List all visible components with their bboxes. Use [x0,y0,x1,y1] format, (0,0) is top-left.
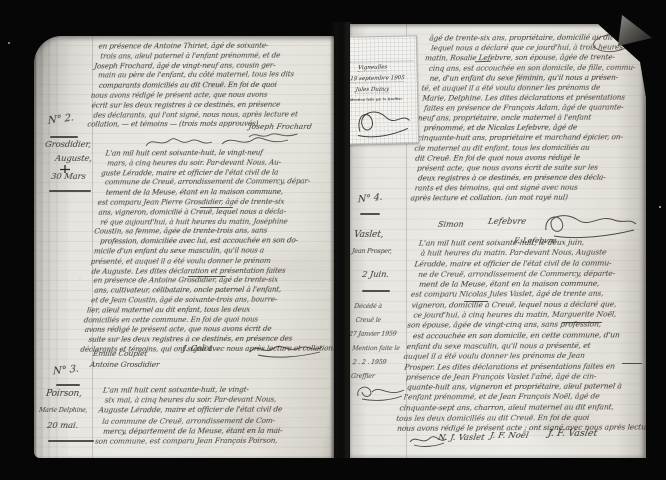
margin-firstname-jean-prosper: Jean Prosper, [352,248,393,255]
mention-line: Creuë le [355,314,412,328]
handwritten-line: cinquante-sept ans, charron, aïeul mater… [399,402,640,414]
ink-underline [50,136,78,138]
margin-date-2-juin: 2 Juin. [361,270,389,280]
handwritten-line: Prosper. Les dites déclarations et prése… [404,361,645,373]
signature-simon: Simon [437,220,464,229]
slip-clerk-name: Jules Dupuy [355,86,389,94]
margin-date-20-mai: 20 mai. [46,421,78,431]
handwritten-line: quante-huit ans, vigneron et propriétair… [406,382,642,394]
handwritten-line: après lecture et collation. (un mot rayé… [410,192,639,203]
dust-speck [8,42,10,44]
handwritten-line: commune de Creuë, arrondissement de Comm… [104,177,334,188]
handwritten-line: son commune, est comparu Jean François P… [94,435,334,446]
signature-witness-grosdidier: Antoine Grosdidier [89,360,160,369]
handwritten-line: ne de Creuë, arrondissement de Commercy,… [418,268,646,280]
signature-witness-couplet: Émilie Couplet [92,349,147,358]
ink-underline-auguste [188,276,226,277]
dust-speck [659,206,661,208]
signature-flourish-greffier [354,382,406,402]
signature-jf-vaslet: J. F. Vaslet [547,428,598,439]
margin-firstname-marie-delphine: Marie Delphine, [39,407,88,414]
margin-surname-vaslet: Vaslet, [353,230,384,240]
right-page: âgé de trente-six ans, propriétaire, dom… [350,24,646,458]
acte-2-birth-record-text: L'an mil huit cent soixante-huit, le vin… [82,147,334,354]
left-page: N° 2. Grosdidier, Auguste, 30 Mars N° 3.… [34,36,334,458]
slip-commune: Vigneulles [358,64,388,72]
mention-line: 2 . 2 . 1959 [352,356,407,370]
handwritten-line: faites en présence de François Adam, âgé… [424,102,646,113]
mention-line: Mention faite le [351,342,408,356]
folded-corner [618,15,652,46]
mention-line: Décédé à [353,300,413,314]
mention-line: 27 Janvier 1959 [350,328,410,342]
ink-underline [56,384,80,386]
ink-underline [49,190,91,192]
handwritten-line: ne, d'un enfant du sexe féminin, qu'il n… [429,72,646,83]
signature-colot: J. Colot [182,344,213,353]
ink-underline [362,290,390,292]
acte-3-continuation-text: âgé de trente-six ans, propriétaire, dom… [410,32,646,203]
signature-flourish [248,340,324,358]
ink-underline-marguerite-noel [562,322,602,323]
margin-surname-grosdidier: Grosdidier, [44,140,91,150]
dust-speck [79,277,81,279]
printed-rule [350,60,413,62]
handwritten-line: est accouchée en son domicile, en cette … [412,330,646,342]
margin-firstname-auguste: Auguste, [54,154,92,164]
ink-underline-grosdidier [200,207,233,208]
ink-underline-jean [622,363,642,364]
signature-lefebvre: Lefebvre [487,217,527,227]
ink-underline [360,213,380,215]
margin-date-30-mars: 30 Mars [50,172,86,182]
signature-jf-noel: J. F. Noël [489,431,529,441]
acte-3-birth-record-text: L'an mil huit cent soixante-huit, le vin… [96,384,334,446]
ink-underline [48,440,94,442]
acte-1-closing-text: en présence de Antoine Thiriet, âgé de s… [89,40,334,129]
slip-date: 19 septembre 1905 [350,75,405,84]
handwritten-line: ce jourd'hui, à cinq heures du matin, Ma… [413,309,646,321]
register-scan: N° 2. Grosdidier, Auguste, 30 Mars N° 3.… [0,0,666,480]
margin-surname-poirson: Poirson, [45,389,82,399]
slip-printed-footer: Mention faite par le Greffier [350,98,402,103]
ink-underline-vaslet [464,301,488,302]
signature-nj-vaslet: N. J. Vaslet [437,433,485,443]
acte-4-birth-record-text: L'an mil huit cent soixante-huit, le deu… [396,237,646,434]
handwritten-line: cinquante-huit ans, propriétaire et marc… [417,132,646,143]
signature-flourish [353,104,412,139]
pasted-registry-slip: Vigneulles 19 septembre 1905 Jules Dupuy… [350,35,419,144]
